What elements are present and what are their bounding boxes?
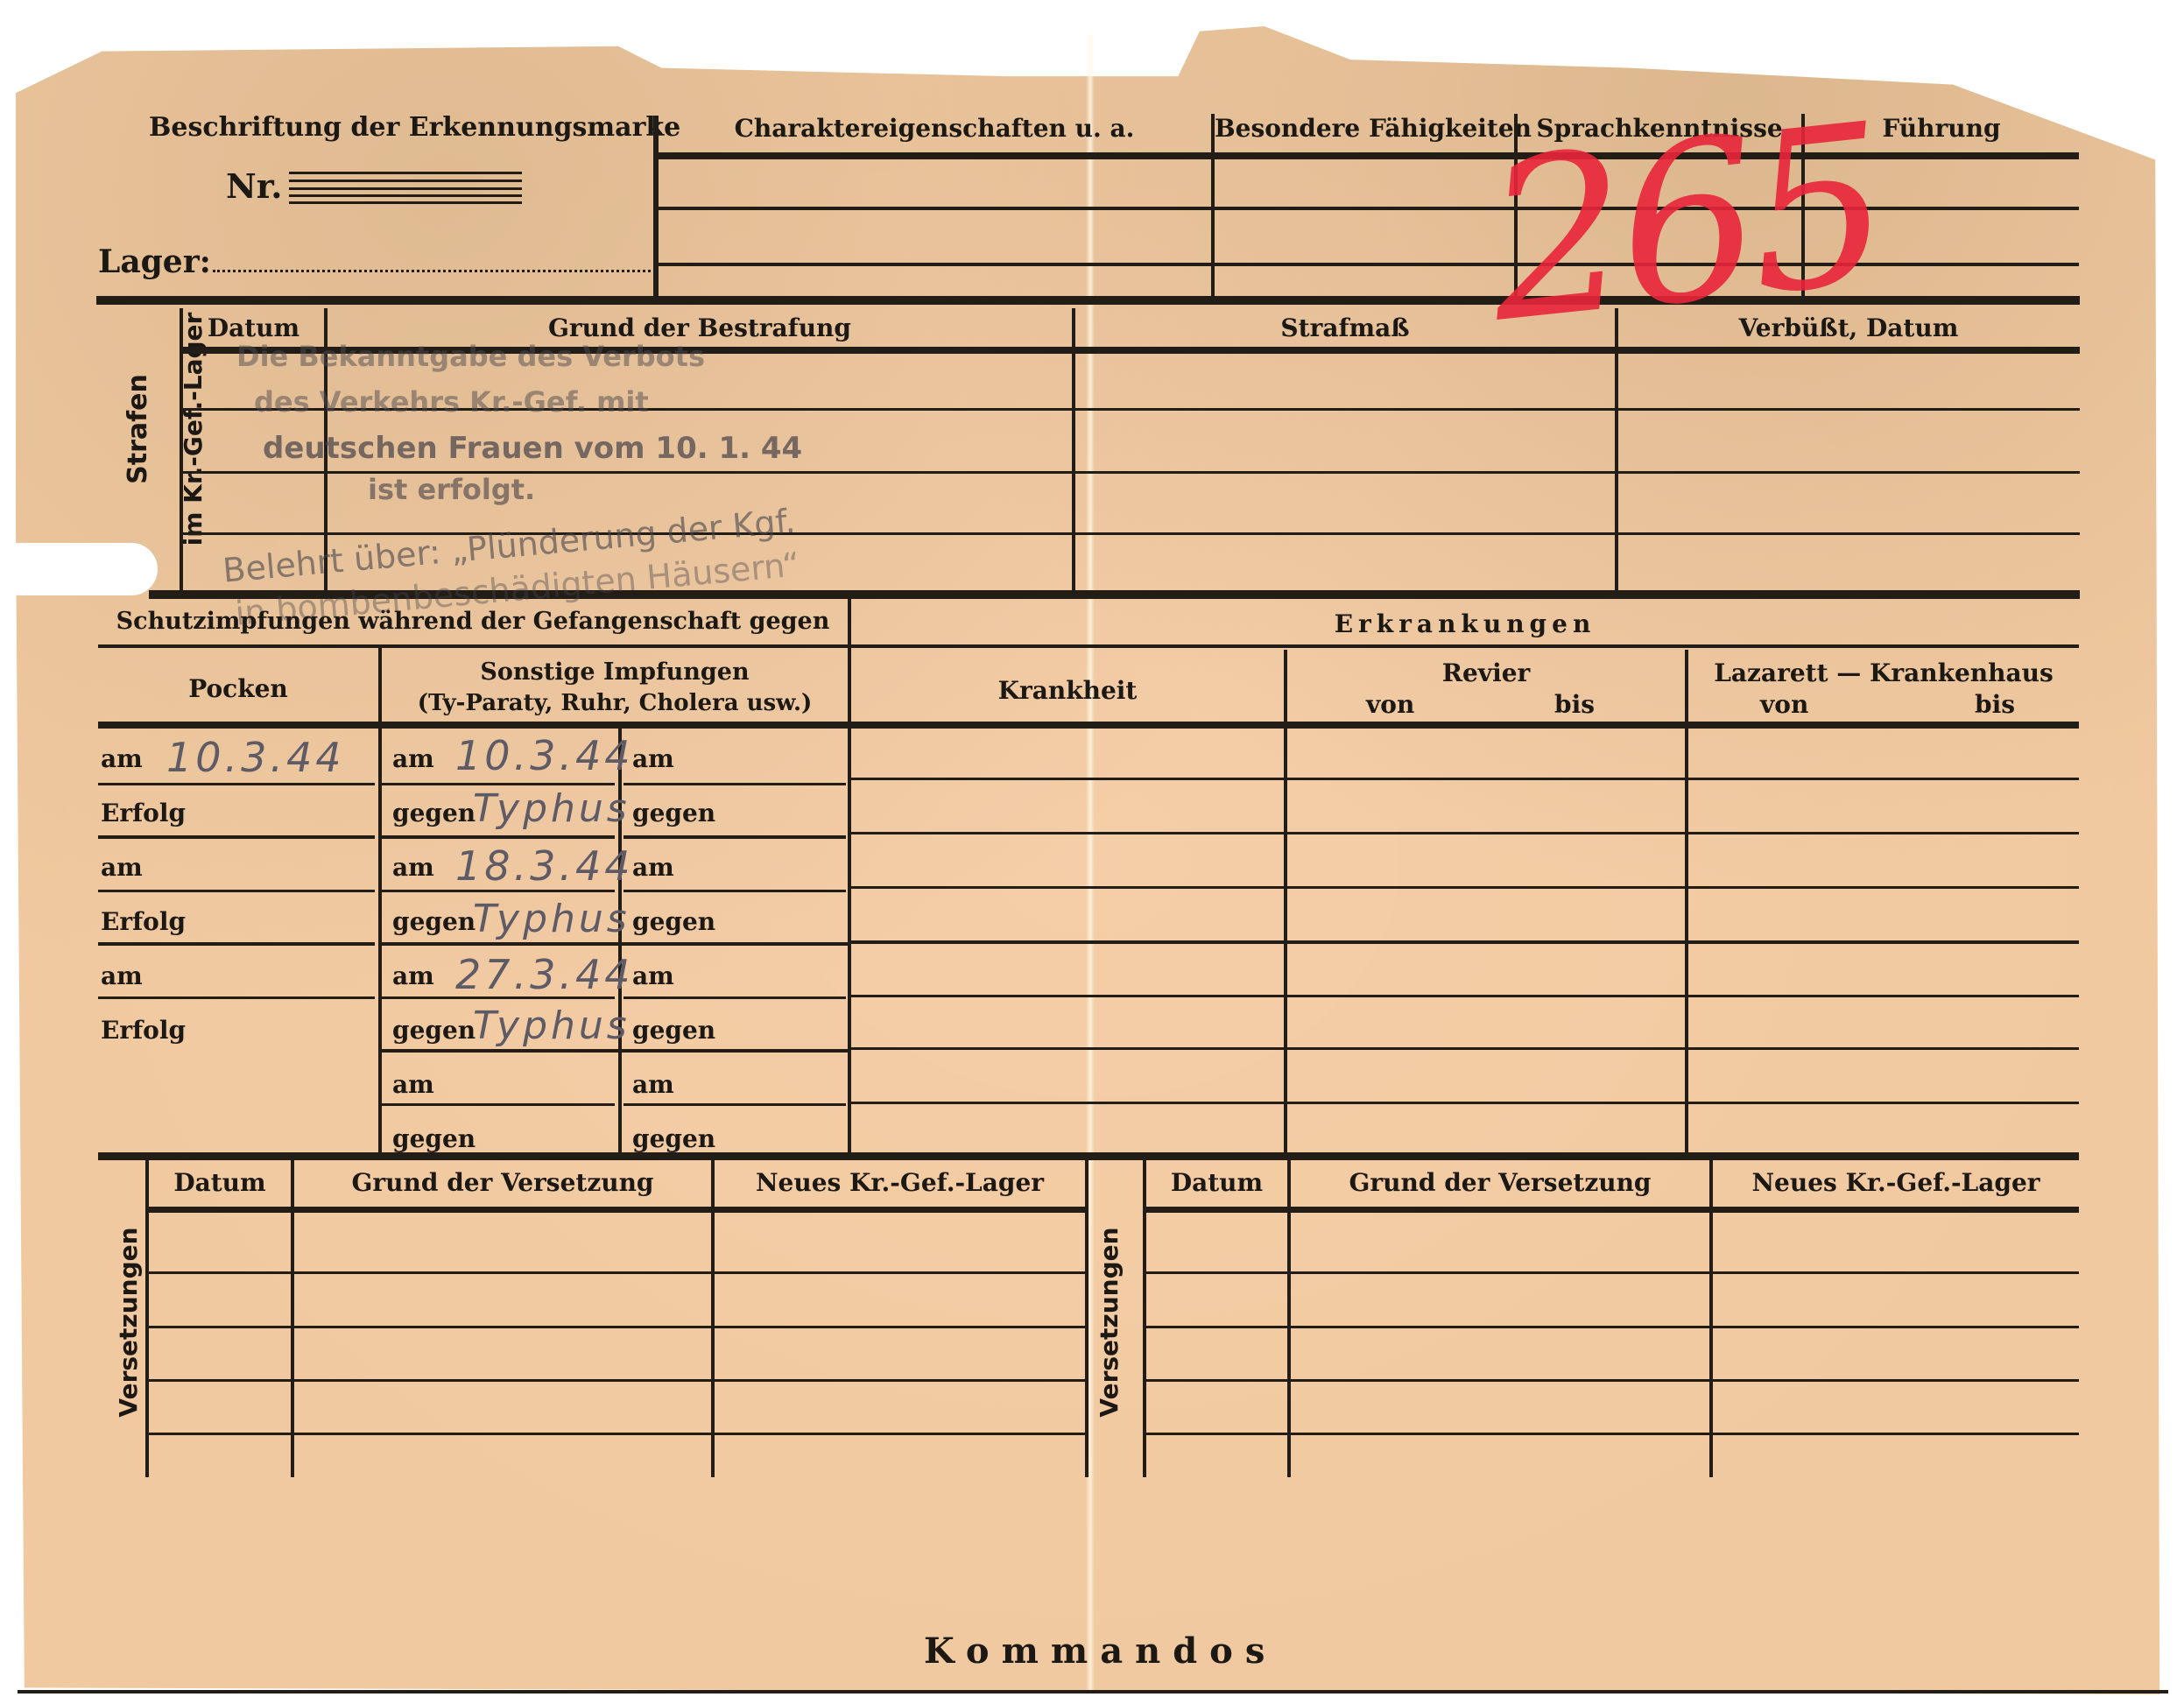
handwritten-typhus: Typhus xyxy=(473,1003,631,1048)
strafen-col-verbuesst: Verbüßt, Datum xyxy=(1618,313,2079,342)
revier-von: von xyxy=(1366,690,1414,719)
divider xyxy=(1284,650,1287,1154)
impfungen-title: Schutzimpfungen während der Gefangenscha… xyxy=(98,608,848,635)
col-sonstige: Sonstige Impfungen xyxy=(382,658,848,686)
versetzung-left-col-datum: Datum xyxy=(149,1168,291,1197)
strafen-side-label: Strafen xyxy=(123,324,158,534)
versetzungen-side-label-left: Versetzungen xyxy=(114,1226,149,1419)
rule xyxy=(98,722,2079,729)
strafen-col-datum: Datum xyxy=(183,313,324,342)
lager-label: Lager: xyxy=(98,243,211,280)
col-pocken: Pocken xyxy=(98,674,378,703)
handwritten-date: 10.3.44 xyxy=(166,734,345,781)
col-krankheit: Krankheit xyxy=(851,676,1284,705)
versetzung-left-col-lager: Neues Kr.-Gef.-Lager xyxy=(715,1168,1085,1197)
kommandos-label: Kommandos xyxy=(924,1630,1277,1672)
col-lazarett: Lazarett — Krankenhaus xyxy=(1688,658,2079,687)
versetzung-right-col-datum: Datum xyxy=(1146,1168,1287,1197)
lager-field[interactable] xyxy=(213,270,651,272)
col-sonstige-sub: (Ty-Paraty, Ruhr, Cholera usw.) xyxy=(382,690,848,716)
revier-bis: bis xyxy=(1554,690,1595,719)
section-rule xyxy=(98,1152,2079,1160)
col-faehigkeiten: Besondere Fähigkeiten xyxy=(1215,114,1514,143)
rule xyxy=(851,644,2079,648)
lazarett-von: von xyxy=(1760,690,1808,719)
versetzung-left-col-grund: Grund der Versetzung xyxy=(294,1168,711,1197)
handwritten-date: 10.3.44 xyxy=(455,732,634,779)
col-revier: Revier xyxy=(1287,658,1685,687)
nr-label: Nr. xyxy=(226,166,283,206)
handwritten-typhus: Typhus xyxy=(473,897,631,941)
handwritten-date: 27.3.44 xyxy=(455,951,634,998)
versetzungen-side-label-right: Versetzungen xyxy=(1095,1226,1130,1419)
divider xyxy=(1085,1160,1088,1477)
handwritten-date: 18.3.44 xyxy=(455,842,634,890)
lazarett-bis: bis xyxy=(1975,690,2015,719)
tear-hole xyxy=(0,543,158,595)
handwritten-typhus: Typhus xyxy=(473,786,631,831)
strafen-col-strafmass: Strafmaß xyxy=(1075,313,1615,342)
erkennungsmarke-label: Beschriftung der Erkennungsmarke xyxy=(149,112,680,143)
erkrankungen-title: Erkrankungen xyxy=(851,609,2079,638)
rule xyxy=(98,644,848,648)
divider xyxy=(1685,650,1688,1154)
bottom-edge-rule xyxy=(18,1690,2168,1693)
col-charakter: Charaktereigenschaften u. a. xyxy=(659,114,1210,143)
versetzung-right-col-lager: Neues Kr.-Gef.-Lager xyxy=(1713,1168,2079,1197)
versetzung-right-col-grund: Grund der Versetzung xyxy=(1291,1168,1709,1197)
strafen-col-grund: Grund der Bestrafung xyxy=(328,313,1072,342)
